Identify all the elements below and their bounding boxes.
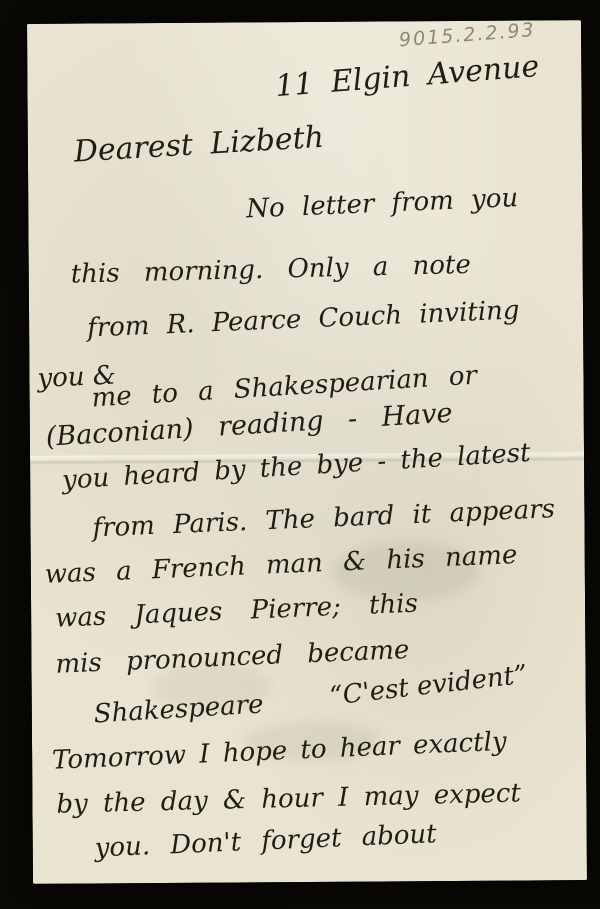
letter-line: from R. Pearce Couch inviting	[87, 297, 520, 341]
letter-line: Tomorrow I hope to hear exactly	[52, 729, 508, 774]
letter-line: you. Don't forget about	[94, 821, 437, 861]
letter-line: by the day & hour I may expect	[56, 780, 521, 817]
accession-number: 9015.2.2.93	[398, 21, 536, 50]
letter-line: was Jaques Pierre; this	[55, 591, 419, 632]
letter-paper: 9015.2.2.93 11 Elgin Avenue Dearest Lizb…	[27, 20, 587, 884]
letter-line: No letter from you	[246, 185, 519, 222]
letter-line: from Paris. The bard it appears	[92, 496, 555, 541]
letter-line: this morning. Only a note	[70, 252, 471, 288]
letter-line: “C'est evident”	[328, 662, 528, 710]
letter-line: mis pronounced became	[55, 637, 410, 678]
address-line: 11 Elgin Avenue	[274, 52, 540, 102]
salutation-line: Dearest Lizbeth	[73, 123, 325, 168]
photo-background: 9015.2.2.93 11 Elgin Avenue Dearest Lizb…	[0, 0, 600, 909]
letter-line: you heard by the bye - the latest	[61, 440, 531, 494]
letter-line: Shakespeare	[93, 691, 264, 727]
